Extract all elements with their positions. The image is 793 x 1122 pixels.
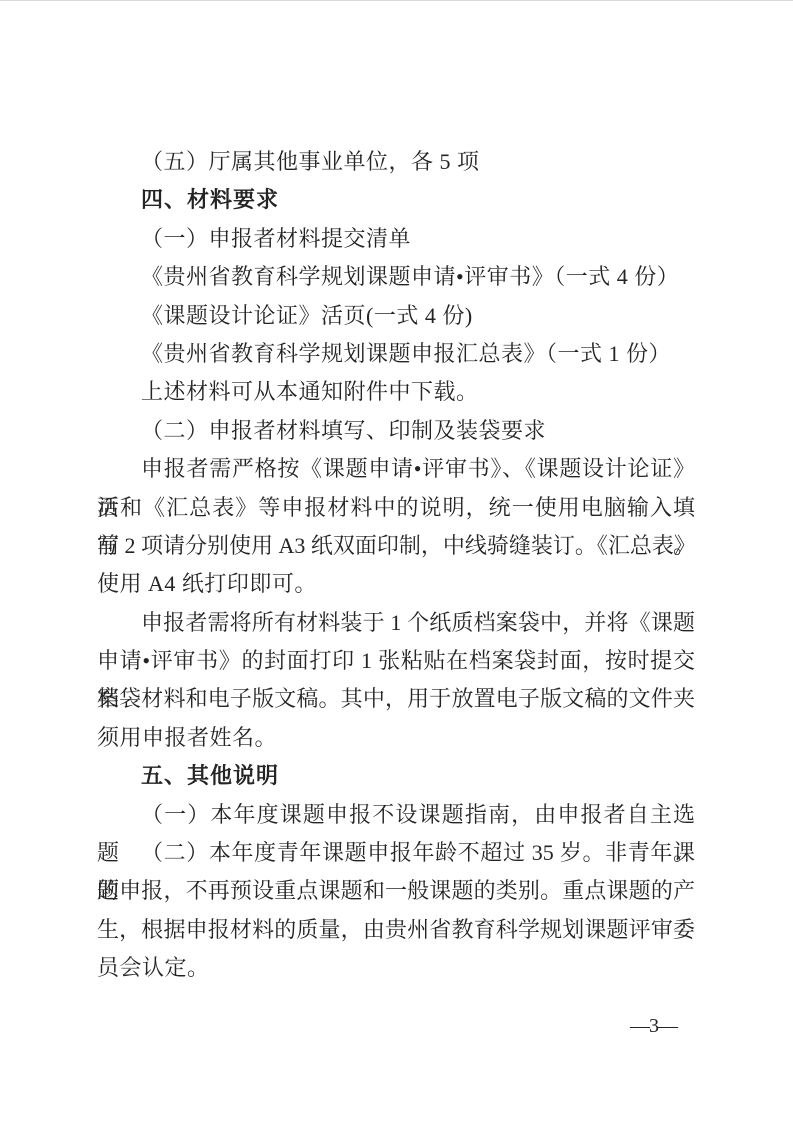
doc-line: （一）申报者材料提交清单 <box>97 220 695 258</box>
document-text-block: （五）厅属其他事业单位，各 5 项 四、材料要求 （一）申报者材料提交清单 《贵… <box>97 143 695 988</box>
doc-line: （五）厅属其他事业单位，各 5 项 <box>97 143 695 181</box>
page-number: —3— <box>630 1014 677 1038</box>
doc-line: 使用 A4 纸打印即可。 <box>97 565 695 603</box>
scan-edge-artifact <box>0 0 793 1</box>
doc-line: 案袋材料和电子版文稿。其中，用于放置电子版文稿的文件夹 <box>97 680 695 718</box>
section-heading-other-notes: 五、其他说明 <box>97 757 695 795</box>
doc-line: 前 2 项请分别使用 A3 纸双面印制，中线骑缝装订。《汇总表》 <box>97 527 695 565</box>
doc-line: 申请•评审书》的封面打印 1 张粘贴在档案袋封面，按时提交档 <box>97 642 695 680</box>
doc-line: 申报者需将所有材料装于 1 个纸质档案袋中，并将《课题 <box>97 604 695 642</box>
doc-line: 员会认定。 <box>97 949 695 987</box>
doc-line: （一）本年度课题申报不设课题指南，由申报者自主选题。 <box>97 796 695 834</box>
doc-line: 上述材料可从本通知附件中下载。 <box>97 373 695 411</box>
doc-line: 生，根据申报材料的质量，由贵州省教育科学规划课题评审委 <box>97 911 695 949</box>
doc-line: 申报者需严格按《课题申请•评审书》、《课题设计论证》活 <box>97 450 695 488</box>
doc-line: 《贵州省教育科学规划课题申报汇总表》（一式 1 份） <box>97 335 695 373</box>
doc-line: （二）本年度青年课题申报年龄不超过 35 岁。非青年课题 <box>97 834 695 872</box>
doc-line: 《贵州省教育科学规划课题申请•评审书》（一式 4 份） <box>97 258 695 296</box>
doc-line: （二）申报者材料填写、印制及装袋要求 <box>97 412 695 450</box>
doc-line: 须用申报者姓名。 <box>97 719 695 757</box>
doc-line: 《课题设计论证》活页(一式 4 份) <box>97 297 695 335</box>
document-page: （五）厅属其他事业单位，各 5 项 四、材料要求 （一）申报者材料提交清单 《贵… <box>0 0 793 1122</box>
section-heading-materials: 四、材料要求 <box>97 181 695 219</box>
doc-line: 的申报，不再预设重点课题和一般课题的类别。重点课题的产 <box>97 872 695 910</box>
doc-line: 页和《汇总表》等申报材料中的说明，统一使用电脑输入填写。 <box>97 489 695 527</box>
